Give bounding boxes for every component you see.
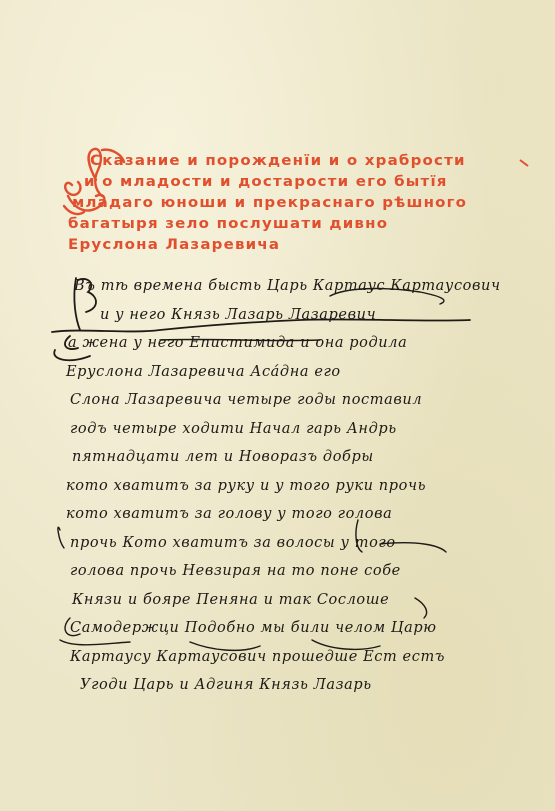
body-line: прочь Кото хватитъ за волосы у того (60, 529, 530, 558)
body-line: Еруслона Лазаревича Аса́дна его (60, 358, 530, 387)
title-line: Еруслона Лазаревича (62, 235, 532, 255)
body-line: Князи и бояре Пеняна и так Сослоше (60, 586, 530, 615)
body-line: пятнадцати лет и Новоразъ добры (60, 443, 530, 472)
handwritten-body-text: Въ тѣ времена бысть Царь Картаус Картаус… (60, 272, 530, 700)
title-line: Сказание и порожденїи и о храбрости (62, 151, 532, 171)
body-line: Картаусу Картаусович прошедше Ест естъ (60, 643, 530, 672)
title-line: младаго юноши и прекраснаго рѣшного (62, 193, 532, 213)
body-line: Угоди Царь и Адгиня Князь Лазарь (60, 671, 530, 700)
body-line: Слона Лазаревича четыре годы поставил (60, 386, 530, 415)
body-line: кото хватитъ за руку и у того руки прочь (60, 472, 530, 501)
body-line: а жена у него Епистимида и она родила (60, 329, 530, 358)
title-line: и о младости и достарости его бытїя (62, 172, 532, 192)
body-line: кото хватитъ за голову у того голова (60, 500, 530, 529)
manuscript-page: Сказание и порожденїи и о храбрости и о … (0, 0, 555, 811)
rubric-title: Сказание и порожденїи и о храбрости и о … (62, 150, 532, 255)
body-line: годъ четыре ходити Начал гарь Андрь (60, 415, 530, 444)
body-line: Въ тѣ времена бысть Царь Картаус Картаус… (60, 272, 530, 301)
body-line: голова прочь Невзирая на то поне собе (60, 557, 530, 586)
body-line: и у него Князь Лазарь Лазаревич (60, 301, 530, 330)
body-line: Самодержци Подобно мы били челом Царю (60, 614, 530, 643)
title-line: багатыря зело послушати дивно (62, 214, 532, 234)
